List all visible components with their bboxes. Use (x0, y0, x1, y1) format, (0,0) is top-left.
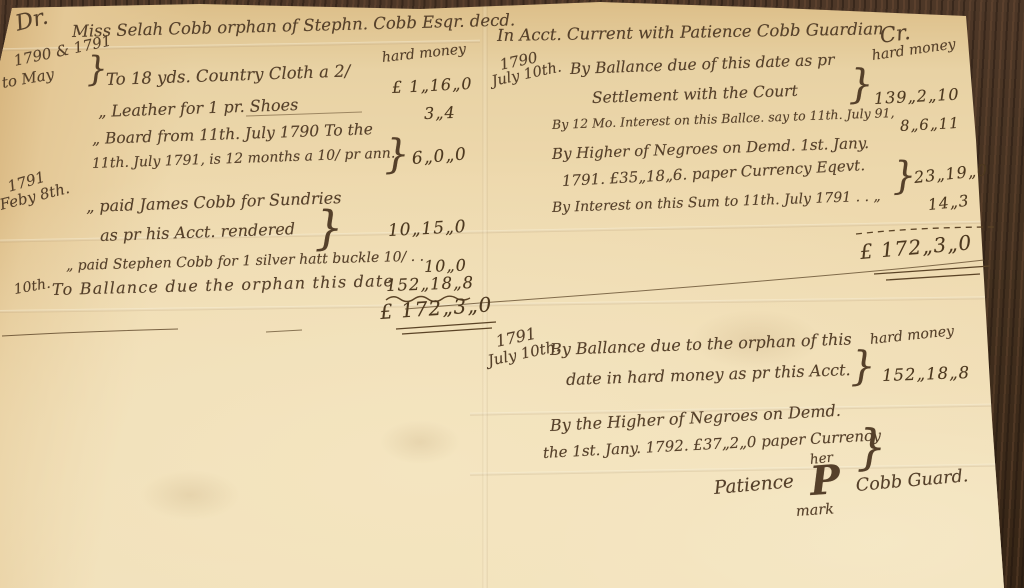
debit-row-amount: 10„15„0 (387, 217, 467, 241)
debit-row-amount: 152„18„8 (386, 273, 475, 295)
signature-mark-label: mark (795, 501, 834, 520)
brace: } (383, 131, 410, 178)
paper-stain (140, 470, 240, 520)
brace: } (313, 200, 344, 255)
brace: } (855, 419, 887, 476)
debit-row-amount: 3„4 (424, 103, 456, 123)
brace: } (847, 61, 874, 108)
credit-row-amount: 152„18„8 (882, 363, 971, 385)
photograph-of-ledger: Dr. Miss Selah Cobb orphan of Stephn. Co… (0, 0, 1024, 588)
credit-row-amount: 8„6„11 (900, 114, 961, 135)
brace: } (849, 343, 876, 390)
paper-stain (380, 420, 460, 464)
signature-mark-initial: P (808, 456, 841, 505)
crease-line (0, 296, 1010, 313)
